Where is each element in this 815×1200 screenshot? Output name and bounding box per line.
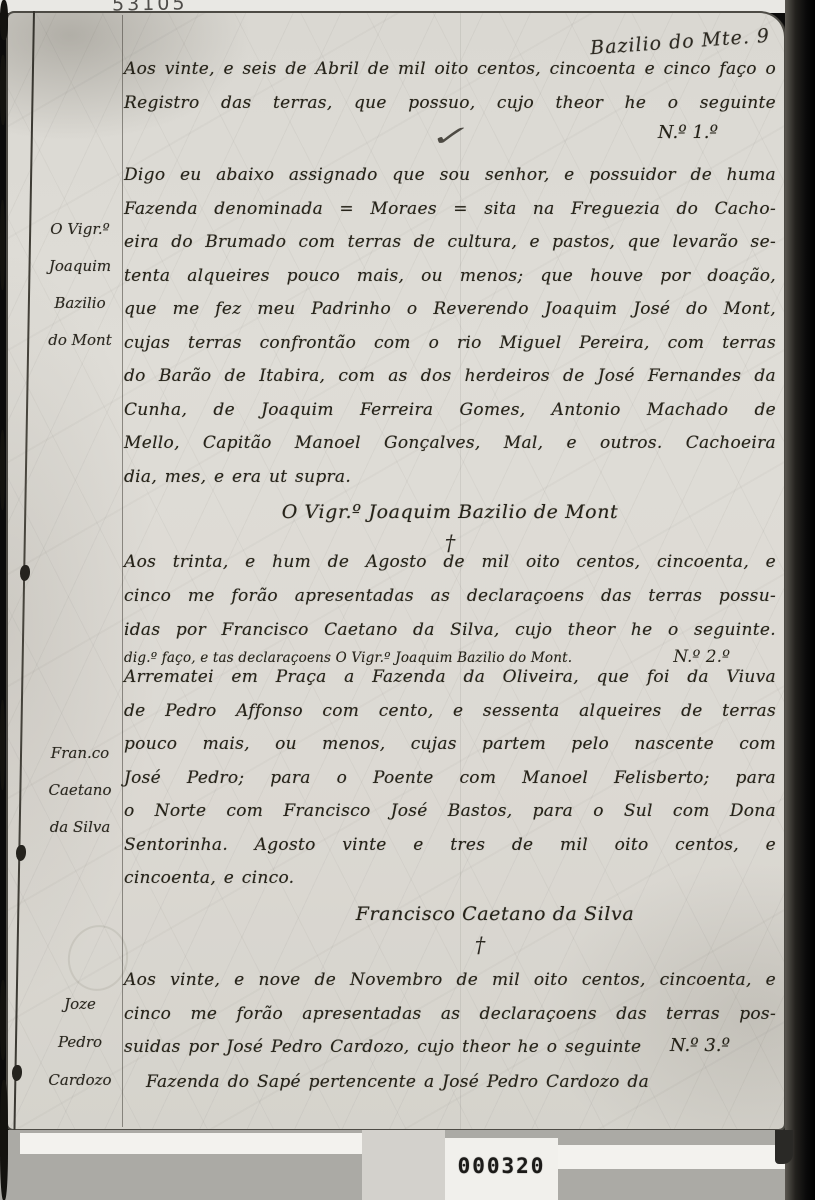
manuscript-line: Digo eu abaixo assignado que sou senhor,… [124, 159, 776, 193]
manuscript-line: idas por Francisco Caetano da Silva, cuj… [124, 613, 776, 647]
entry-3-presentation: Aos vinte, e nove de Novembro de mil oit… [124, 963, 776, 1099]
scan-left-edge [0, 0, 10, 1200]
margin-note-line: da Silva [38, 809, 122, 846]
manuscript-line: dia, mes, e era ut supra. [124, 461, 776, 495]
manuscript-line: cinco me forão apresentadas as declaraço… [124, 997, 776, 1031]
entry-1-opening: Aos vinte, e seis de Abril de mil oito c… [124, 53, 776, 154]
signature-francisco-caetano: Francisco Caetano da Silva [124, 896, 776, 932]
margin-note-line: Caetano [38, 772, 122, 809]
page-corner-shadow [775, 1130, 793, 1164]
margin-note-declarant-1: O Vigr.º Joaquim Bazilio do Mont [38, 211, 122, 359]
margin-note-line: do Mont [38, 322, 122, 359]
manuscript-line: do Barão de Itabira, com as dos herdeiro… [124, 360, 776, 394]
manuscript-line: Aos trinta, e hum de Agosto de mil oito … [124, 545, 776, 579]
paper-strip [20, 1133, 362, 1154]
manuscript-line: cinco me forão apresentadas as declaraço… [124, 579, 776, 613]
manuscript-line: Arrematei em Praça a Fazenda da Oliveira… [124, 661, 776, 695]
margin-note-line: Joze [38, 985, 122, 1023]
manuscript-line: Cunha, de Joaquim Ferreira Gomes, Antoni… [124, 394, 776, 428]
manuscript-page: Bazilio do Mte. 9 O Vigr.º Joaquim Bazil… [8, 13, 784, 1129]
entry-2-declaration: Arrematei em Praça a Fazenda da Oliveira… [124, 661, 776, 958]
manuscript-line: tenta alqueires pouco mais, ou menos; qu… [124, 260, 776, 294]
cross-mark-icon: † [124, 932, 776, 958]
margin-note-line: O Vigr.º [38, 211, 122, 248]
paper-column [362, 1130, 445, 1200]
binding-stitch [16, 845, 26, 861]
manuscript-line: suidas por José Pedro Cardozo, cujo theo… [124, 1031, 641, 1065]
folio-stamp-number: 000320 [445, 1154, 558, 1178]
manuscript-line: cujas terras confrontão com o rio Miguel… [124, 327, 776, 361]
entry-number-row: ✓ N.º 1.º [124, 120, 776, 154]
manuscript-line: Fazenda denominada = Moraes = sita na Fr… [124, 193, 776, 227]
entry-3-number: N.º 3.º [670, 1035, 730, 1056]
binding-stitch [20, 565, 30, 581]
entry-1-declaration: Digo eu abaixo assignado que sou senhor,… [124, 159, 776, 556]
manuscript-line: Aos vinte, e nove de Novembro de mil oit… [124, 963, 776, 997]
check-mark-icon: ✓ [425, 121, 470, 153]
binding-stitch [12, 1065, 22, 1081]
margin-note-declarant-3: Joze Pedro Cardozo [38, 985, 122, 1099]
scan-bottom-band: 000320 [0, 1130, 815, 1200]
manuscript-line: Sentorinha. Agosto vinte e tres de mil o… [124, 829, 776, 863]
margin-note-declarant-2: Fran.co Caetano da Silva [38, 735, 122, 846]
margin-note-line: Bazilio [38, 285, 122, 322]
folio-number-tab: 000320 [445, 1138, 558, 1200]
entry-number-row: suidas por José Pedro Cardozo, cujo theo… [124, 1031, 776, 1065]
manuscript-line: Fazenda do Sapé pertencente a José Pedro… [124, 1065, 776, 1099]
document-scan: 53105 Bazilio do Mte. 9 O Vigr.º Joaquim… [0, 0, 815, 1200]
scan-right-band [785, 0, 815, 1200]
manuscript-line: José Pedro; para o Poente com Manoel Fel… [124, 762, 776, 796]
manuscript-line: Aos vinte, e seis de Abril de mil oito c… [124, 53, 776, 87]
manuscript-line: Mello, Capitão Manoel Gonçalves, Mal, e … [124, 427, 776, 461]
manuscript-line: eira do Brumado com terras de cultura, e… [124, 226, 776, 260]
manuscript-line: que me fez meu Padrinho o Reverendo Joaq… [124, 293, 776, 327]
margin-note-line: Cardozo [38, 1061, 122, 1099]
entry-1-number: N.º 1.º [658, 122, 718, 143]
margin-note-line: Joaquim [38, 248, 122, 285]
manuscript-line: o Norte com Francisco José Bastos, para … [124, 795, 776, 829]
entry-2-presentation: Aos trinta, e hum de Agosto de mil oito … [124, 545, 776, 671]
manuscript-line: de Pedro Affonso com cento, e sessenta a… [124, 695, 776, 729]
margin-note-line: Fran.co [38, 735, 122, 772]
manuscript-line: Registro das terras, que possuo, cujo th… [124, 87, 776, 121]
manuscript-line: cincoenta, e cinco. [124, 862, 776, 896]
margin-note-line: Pedro [38, 1023, 122, 1061]
manuscript-line: pouco mais, ou menos, cujas partem pelo … [124, 728, 776, 762]
signature-vigario: O Vigr.º Joaquim Bazilio de Mont [124, 494, 776, 530]
paper-strip [558, 1145, 787, 1169]
